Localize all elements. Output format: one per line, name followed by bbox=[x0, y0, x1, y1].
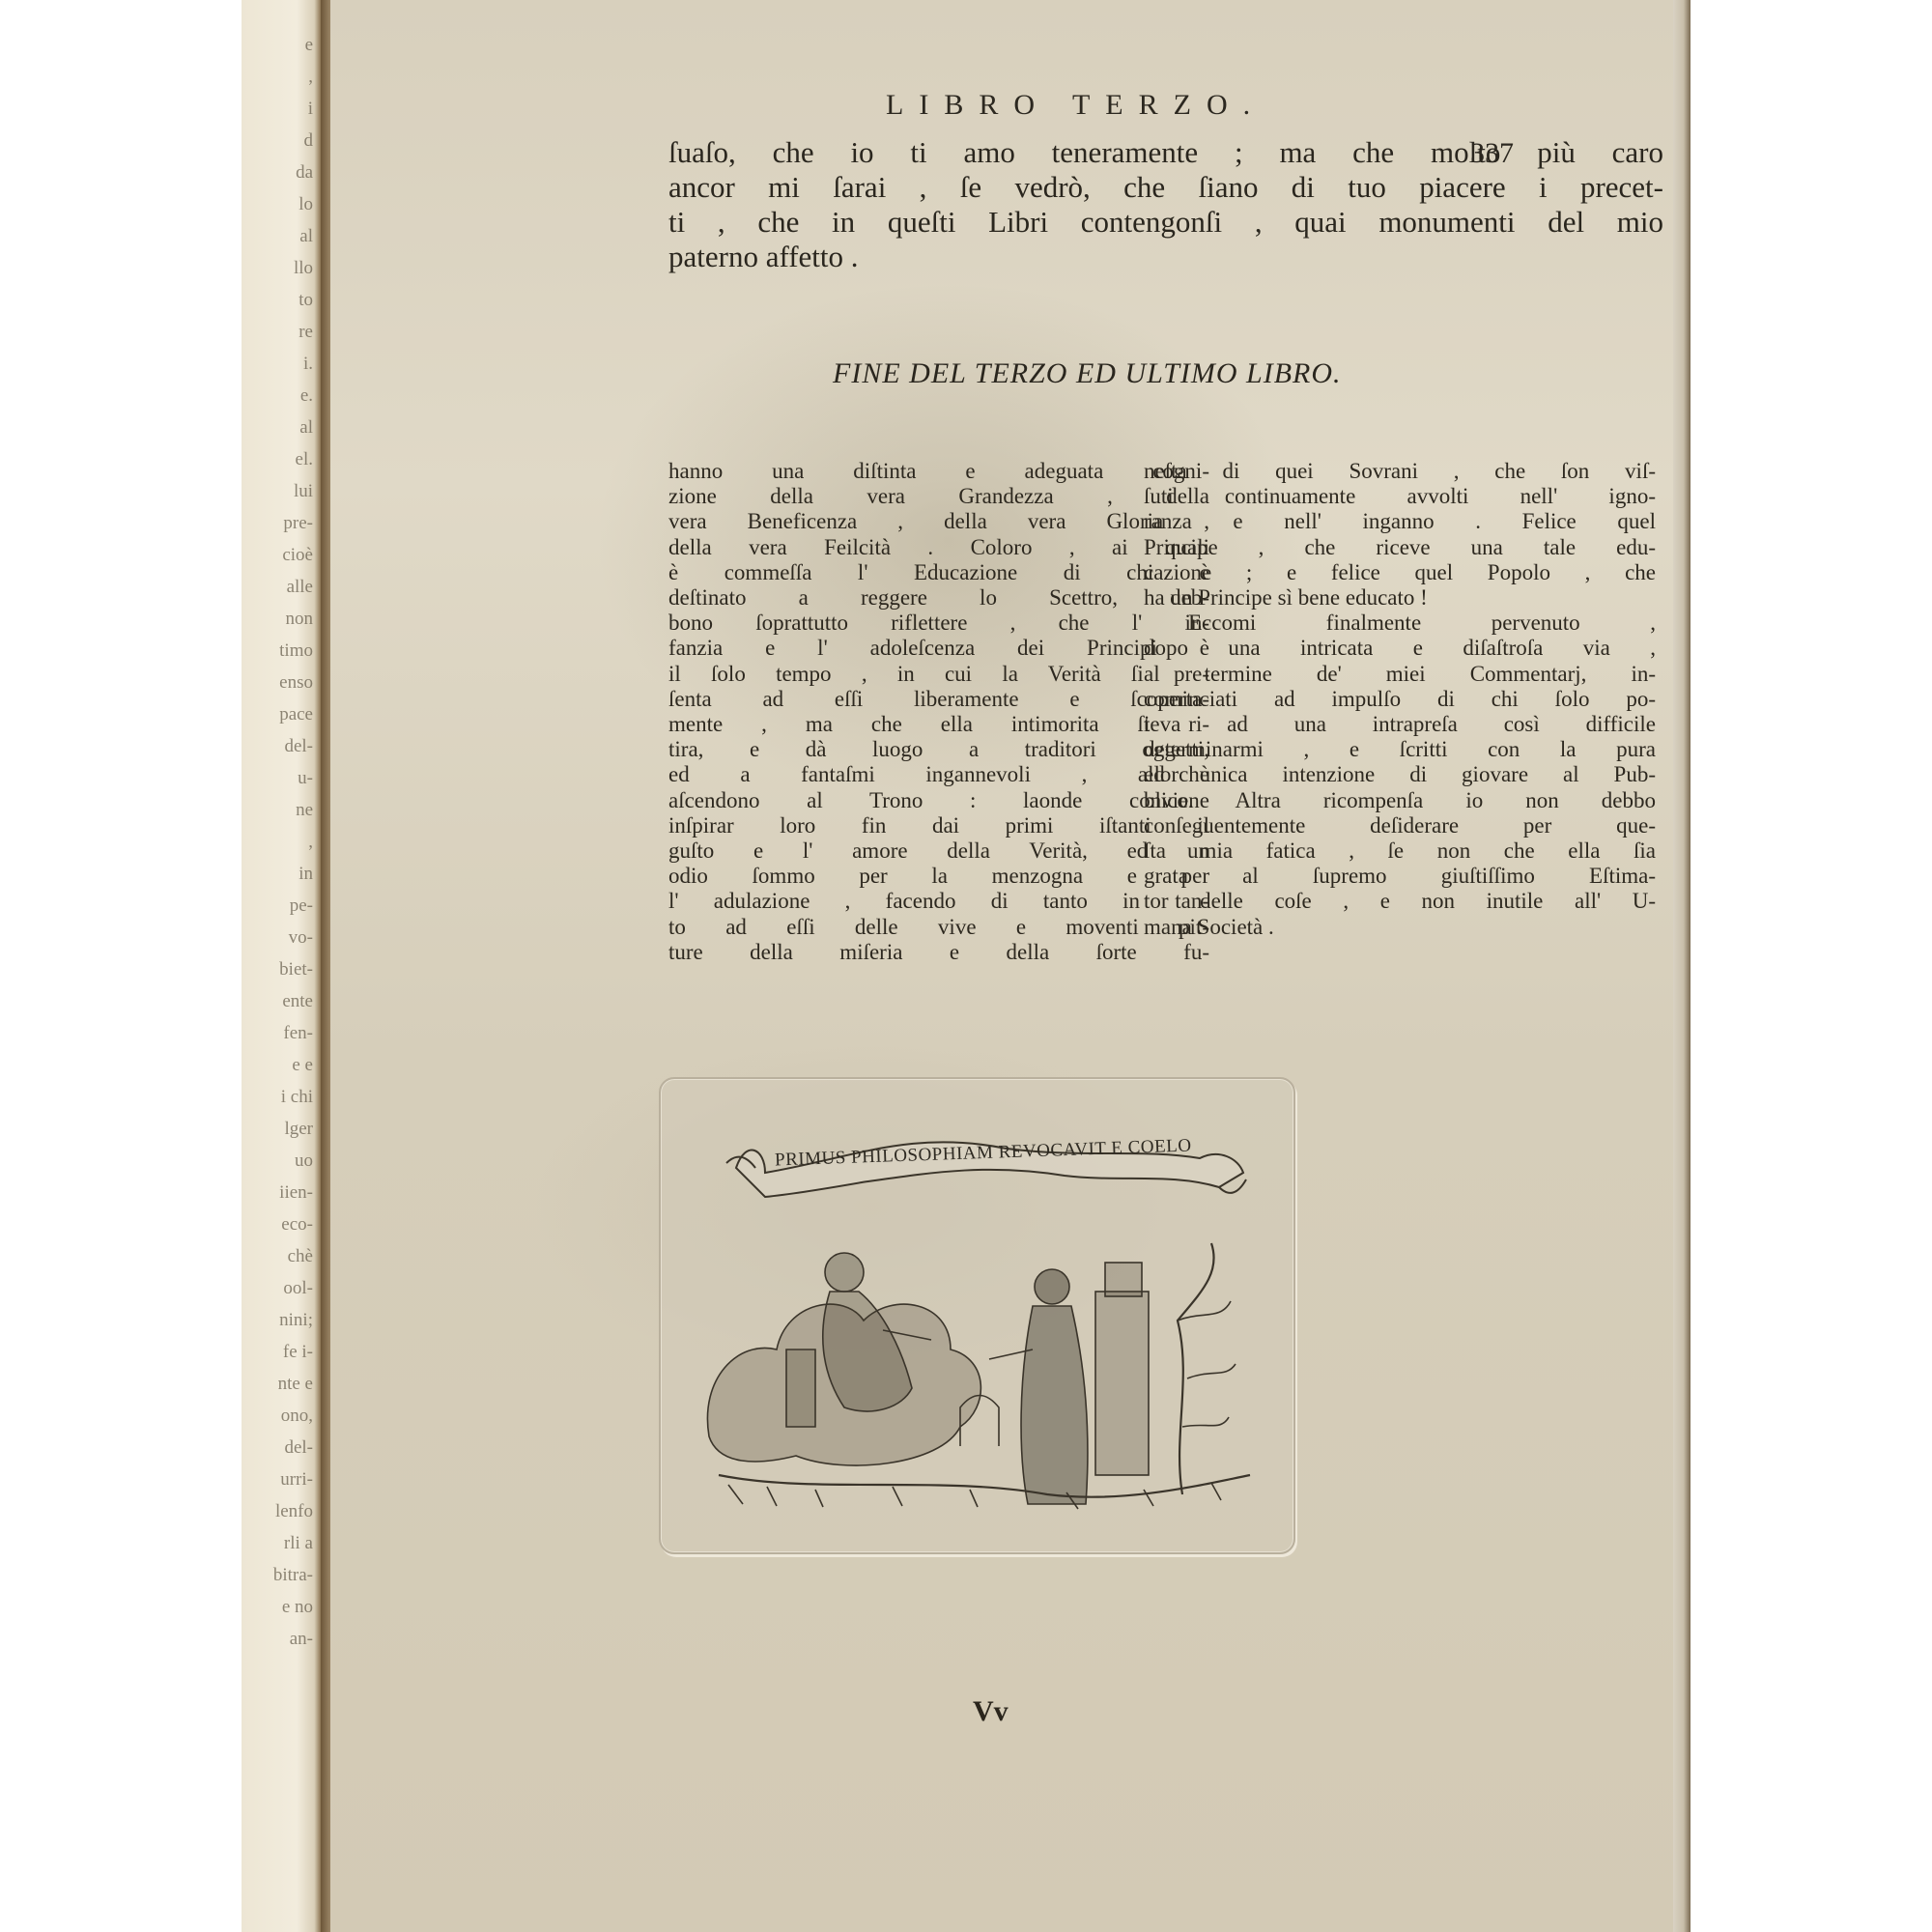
left-page-fragment: chè bbox=[245, 1240, 313, 1272]
text-line: to ad eſſi delle vive e moventi pit- bbox=[668, 915, 1209, 940]
text-line: ſenta ad eſſi liberamente e ſcoperta- bbox=[668, 687, 1209, 712]
text-line: tor delle coſe , e non inutile all' U- bbox=[1144, 889, 1656, 914]
text-line: neſta di quei Sovrani , che ſon viſ- bbox=[1144, 459, 1656, 484]
text-line: vera Beneficenza , della vera Gloria , bbox=[668, 509, 1209, 534]
left-page-fragment: nini; bbox=[245, 1304, 313, 1336]
left-page-fragment: rli a bbox=[245, 1527, 313, 1559]
text-line: ed a fantaſmi ingannevoli , allorchè bbox=[668, 762, 1209, 787]
left-page-fragment: bitra- bbox=[245, 1559, 313, 1591]
left-page-text-fragments: e,iddaloalllotorei.e.alel.luipre-cioèall… bbox=[245, 29, 313, 1655]
left-page-fragment: i chi bbox=[245, 1081, 313, 1113]
left-page-fragment: biet- bbox=[245, 953, 313, 985]
signature-mark: Vv bbox=[973, 1695, 1009, 1728]
text-line: fanzia e l' adoleſcenza dei Principi è bbox=[668, 636, 1209, 661]
running-head: LIBRO TERZO. 337 bbox=[330, 89, 1673, 128]
left-page-fragment: lui bbox=[245, 475, 313, 507]
left-page-fragment: ono, bbox=[245, 1400, 313, 1432]
text-line: dopo una intricata e diſaſtroſa via , bbox=[1144, 636, 1656, 661]
left-page-fragment: cioè bbox=[245, 539, 313, 571]
text-line: ſuti continuamente avvolti nell' igno- bbox=[1144, 484, 1656, 509]
text-line: ha un Principe sì bene educato ! bbox=[1144, 585, 1656, 611]
left-page-fragment: pre- bbox=[245, 507, 313, 539]
left-page-fragment: enso bbox=[245, 667, 313, 698]
left-page-fragment: , bbox=[245, 826, 313, 858]
left-page-fragment: e e bbox=[245, 1049, 313, 1081]
left-page-fragment: u- bbox=[245, 762, 313, 794]
left-page-fragment: pe- bbox=[245, 890, 313, 922]
left-page-fragment: nte e bbox=[245, 1368, 313, 1400]
text-line: ranza e nell' inganno . Felice quel bbox=[1144, 509, 1656, 534]
text-line: ancor mi ſarai , ſe vedrò, che ſiano di … bbox=[668, 170, 1663, 205]
text-line: ſuaſo, che io ti amo teneramente ; ma ch… bbox=[668, 135, 1663, 170]
running-title: LIBRO TERZO. bbox=[886, 89, 1265, 122]
left-page-fragment: , bbox=[245, 61, 313, 93]
notes-left-column: hanno una diſtinta e adeguata cogni-zion… bbox=[668, 459, 1209, 965]
left-page-fragment: timo bbox=[245, 635, 313, 667]
closing-paragraph: ſuaſo, che io ti amo teneramente ; ma ch… bbox=[668, 135, 1663, 274]
left-page-fragment: e no bbox=[245, 1591, 313, 1623]
text-line: blico. Altra ricompenſa io non debbo bbox=[1144, 788, 1656, 813]
text-line: teva ad una intrapreſa così difficile bbox=[1144, 712, 1656, 737]
text-line: mente , ma che ella intimorita ſi ri- bbox=[668, 712, 1209, 737]
left-page-fragment: urri- bbox=[245, 1463, 313, 1495]
left-page-fragment: i. bbox=[245, 348, 313, 380]
text-line: inſpirar loro fin dai primi iſtanti il bbox=[668, 813, 1209, 838]
left-page-fragment: fe i- bbox=[245, 1336, 313, 1368]
text-line: hanno una diſtinta e adeguata cogni- bbox=[668, 459, 1209, 484]
engraving-plate: PRIMUS PHILOSOPHIAM REVOCAVIT E COELO bbox=[659, 1077, 1295, 1554]
text-line: grata al ſupremo giuſtiſſimo Eſtima- bbox=[1144, 864, 1656, 889]
left-page-fragment: llo bbox=[245, 252, 313, 284]
left-page-fragment: el. bbox=[245, 443, 313, 475]
text-line: al termine de' miei Commentarj, in- bbox=[1144, 662, 1656, 687]
left-page-fragment: lger bbox=[245, 1113, 313, 1145]
left-page-fragment: i bbox=[245, 93, 313, 125]
end-of-book-heading: FINE DEL TERZO ED ULTIMO LIBRO. bbox=[833, 357, 1342, 390]
left-page-fragment: eco- bbox=[245, 1208, 313, 1240]
left-page-fragment: lenfo bbox=[245, 1495, 313, 1527]
text-line: deſtinato a reggere lo Scettro, deb- bbox=[668, 585, 1209, 611]
left-page-fragment: vo- bbox=[245, 922, 313, 953]
text-line: guſto e l' amore della Verità, ed un bbox=[668, 838, 1209, 864]
main-page: LIBRO TERZO. 337 ſuaſo, che io ti amo te… bbox=[330, 0, 1673, 1932]
left-page-fragment: re bbox=[245, 316, 313, 348]
notes-right-column: neſta di quei Sovrani , che ſon viſ-ſuti… bbox=[1144, 459, 1656, 940]
text-line: mana Società . bbox=[1144, 915, 1656, 940]
left-page-fragment: iien- bbox=[245, 1177, 313, 1208]
left-page-fragment: ne bbox=[245, 794, 313, 826]
text-line: è commeſſa l' Educazione di chi è bbox=[668, 560, 1209, 585]
text-line: tira, e dà luogo a traditori oggetti, bbox=[668, 737, 1209, 762]
text-line: Principe , che riceve una tale edu- bbox=[1144, 535, 1656, 560]
left-page-fragment: fen- bbox=[245, 1017, 313, 1049]
text-line: l' adulazione , facendo di tanto in tan- bbox=[668, 889, 1209, 914]
text-line: conſeguentemente deſiderare per que- bbox=[1144, 813, 1656, 838]
left-page-fragment: an- bbox=[245, 1623, 313, 1655]
text-line: della vera Feilcità . Coloro , ai quali bbox=[668, 535, 1209, 560]
left-page-fragment: del- bbox=[245, 730, 313, 762]
left-page-fragment: ool- bbox=[245, 1272, 313, 1304]
text-line: ed unica intenzione di giovare al Pub- bbox=[1144, 762, 1656, 787]
right-page-edge bbox=[1673, 0, 1690, 1932]
left-page-fragment: lo bbox=[245, 188, 313, 220]
text-line: ti , che in queſti Libri contengonſi , q… bbox=[668, 205, 1663, 240]
left-page-fragment: alle bbox=[245, 571, 313, 603]
left-page-fragment: pace bbox=[245, 698, 313, 730]
text-line: bono ſoprattutto riflettere , che l' in- bbox=[668, 611, 1209, 636]
text-line: ſta mia fatica , ſe non che ella ſia bbox=[1144, 838, 1656, 864]
text-line: ture della miſeria e della ſorte fu- bbox=[668, 940, 1209, 965]
left-page-fragment: non bbox=[245, 603, 313, 635]
text-line: odio ſommo per la menzogna e per bbox=[668, 864, 1209, 889]
text-line: aſcendono al Trono : laonde conviene bbox=[668, 788, 1209, 813]
text-line: il ſolo tempo , in cui la Verità ſi pre- bbox=[668, 662, 1209, 687]
left-page-edge: e,iddaloalllotorei.e.alel.luipre-cioèall… bbox=[241, 0, 321, 1932]
left-page-fragment: al bbox=[245, 220, 313, 252]
left-page-fragment: d bbox=[245, 125, 313, 156]
book-gutter bbox=[321, 0, 330, 1932]
text-line: cazione ; e felice quel Popolo , che bbox=[1144, 560, 1656, 585]
engraving-illustration-icon bbox=[699, 1185, 1260, 1514]
left-page-fragment: del- bbox=[245, 1432, 313, 1463]
left-page-fragment: al bbox=[245, 412, 313, 443]
left-page-fragment: in bbox=[245, 858, 313, 890]
left-page-fragment: da bbox=[245, 156, 313, 188]
left-page-fragment: to bbox=[245, 284, 313, 316]
text-line: determinarmi , e ſcritti con la pura bbox=[1144, 737, 1656, 762]
text-line: Eccomi finalmente pervenuto , bbox=[1144, 611, 1656, 636]
left-page-fragment: ente bbox=[245, 985, 313, 1017]
left-page-fragment: e bbox=[245, 29, 313, 61]
text-line: paterno affetto . bbox=[668, 240, 1663, 274]
text-line: cominciati ad impulſo di chi ſolo po- bbox=[1144, 687, 1656, 712]
book-photograph: e,iddaloalllotorei.e.alel.luipre-cioèall… bbox=[241, 0, 1690, 1932]
text-line: zione della vera Grandezza , della bbox=[668, 484, 1209, 509]
left-page-fragment: e. bbox=[245, 380, 313, 412]
left-page-fragment: uo bbox=[245, 1145, 313, 1177]
